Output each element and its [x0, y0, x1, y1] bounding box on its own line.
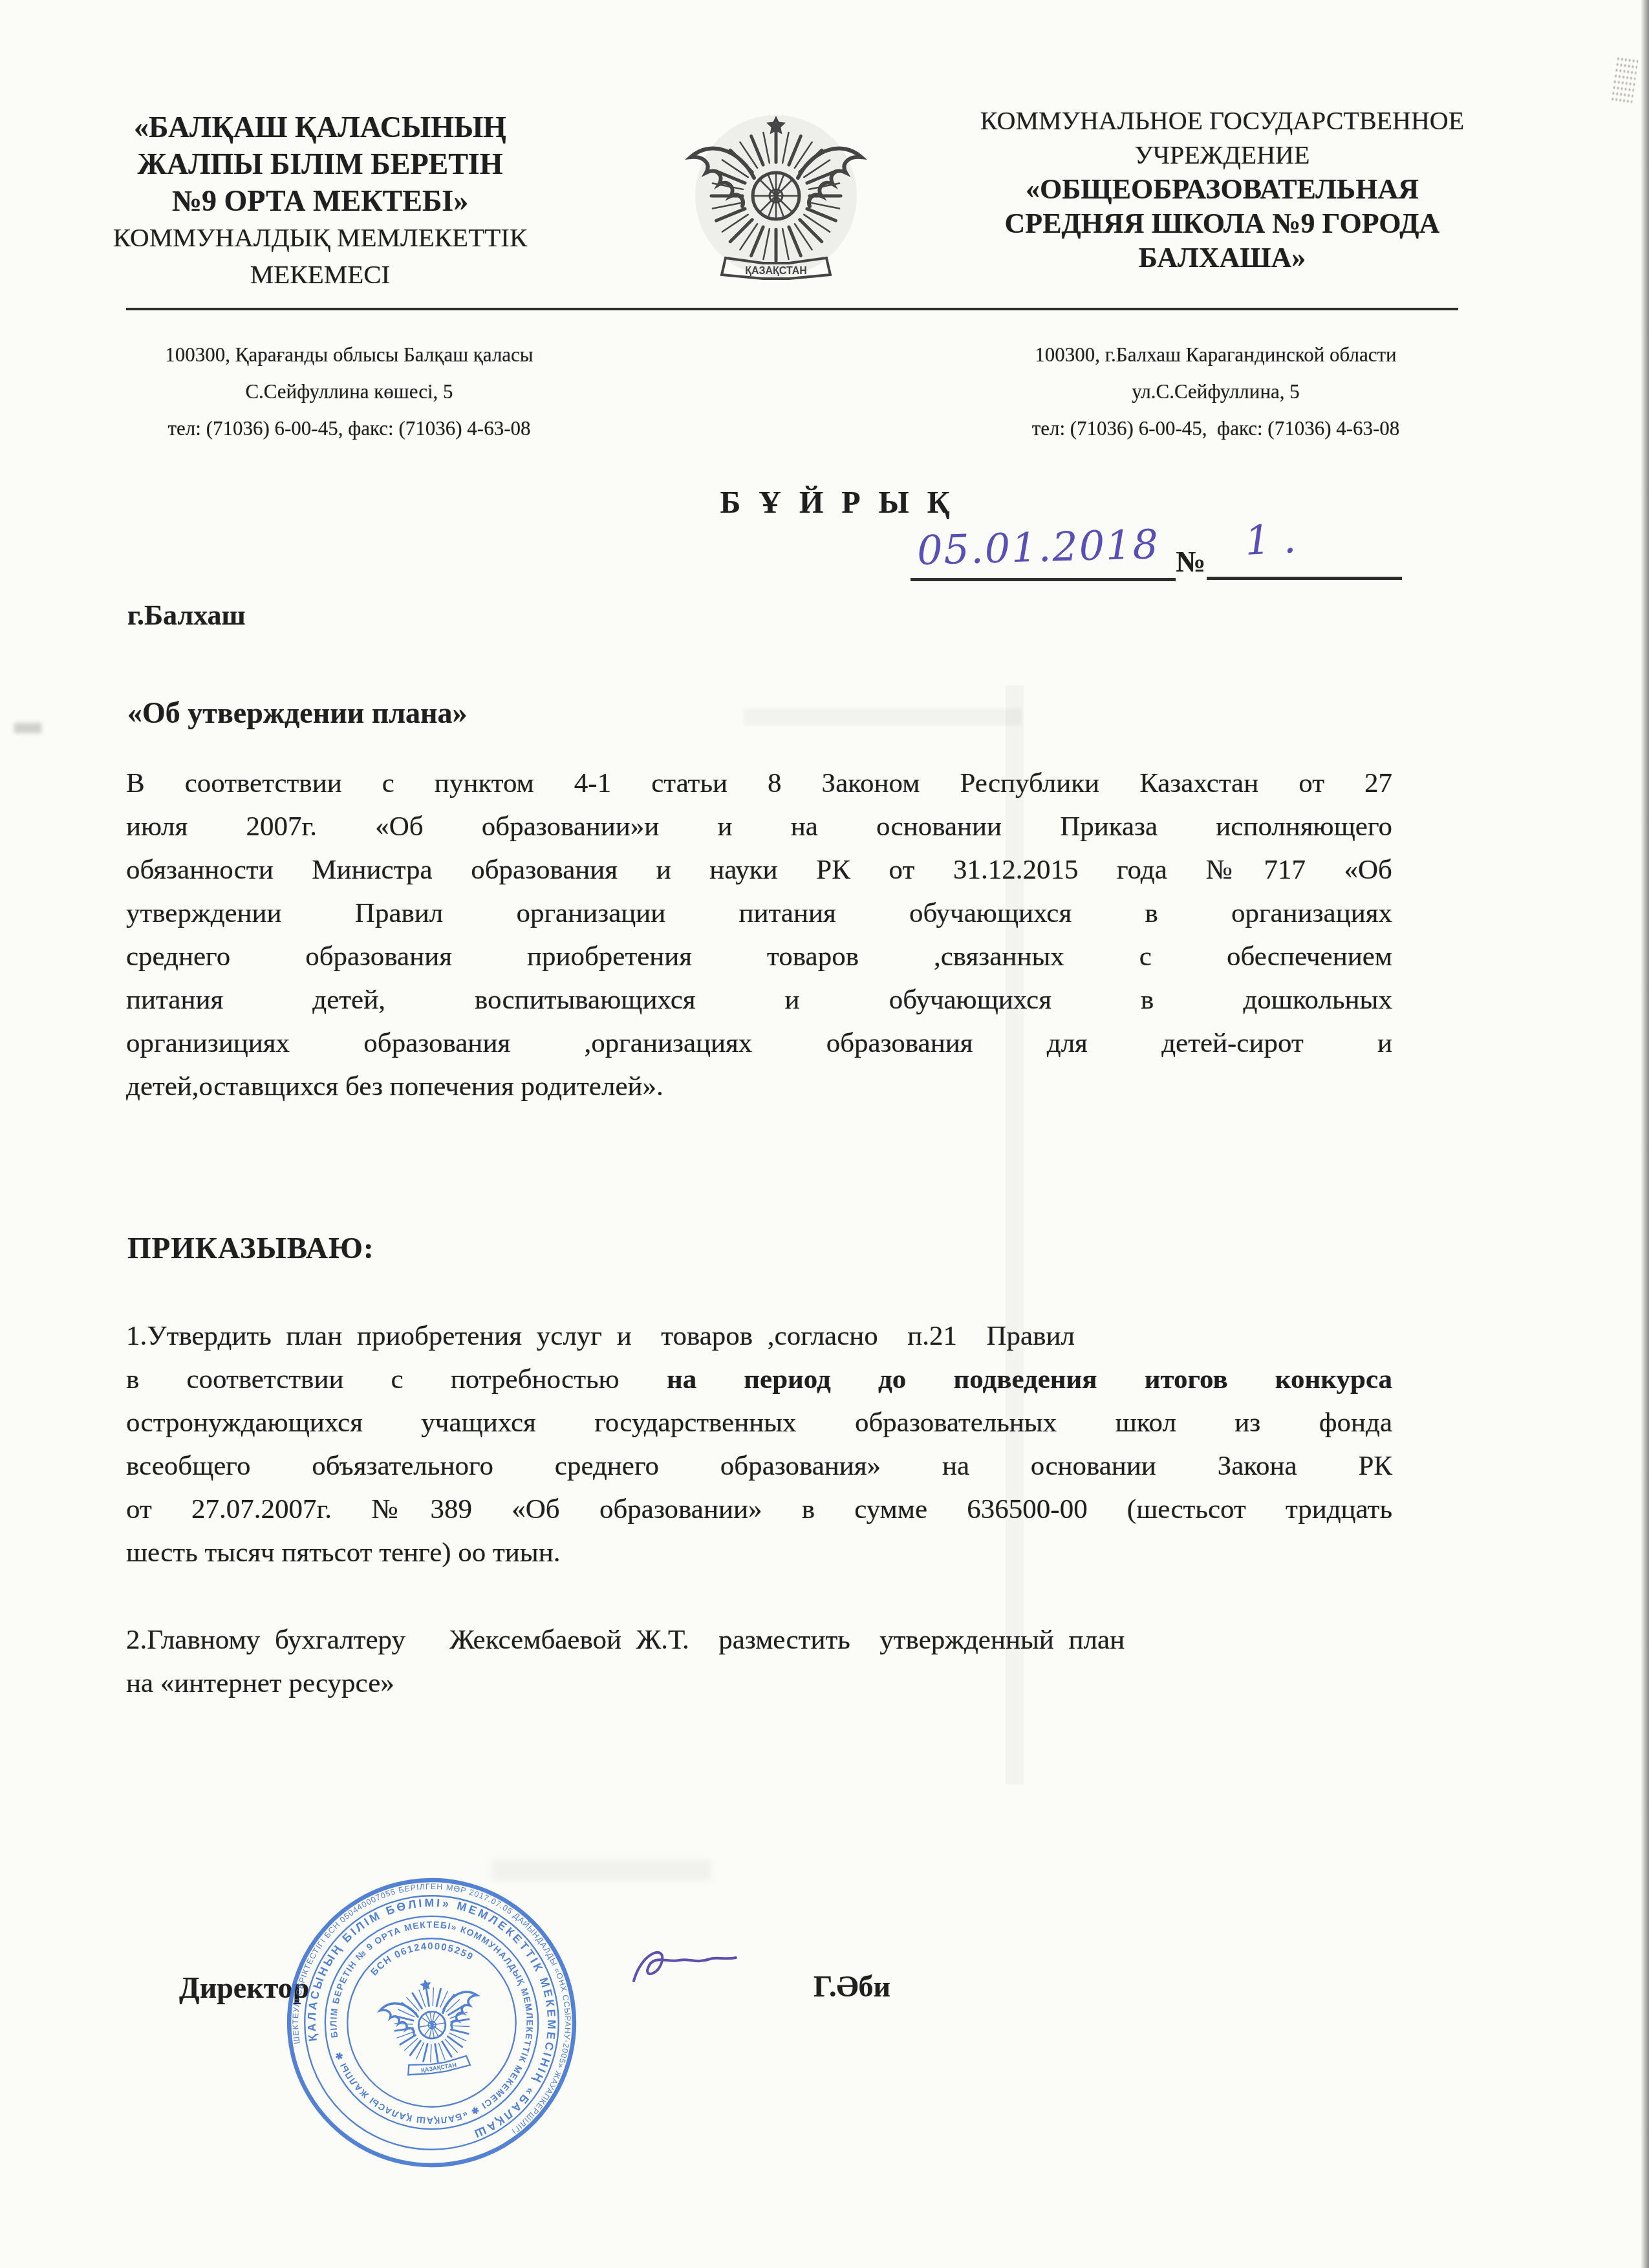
org-name-russian: КОММУНАЛЬНОЕ ГОСУДАРСТВЕННОЕ УЧРЕЖДЕНИЕ … [931, 103, 1513, 275]
org-name-russian-line: КОММУНАЛЬНОЕ ГОСУДАРСТВЕННОЕ [931, 103, 1513, 138]
item-2-line: 2.Главному бухгалтеру Жексембаевой Ж.Т. … [126, 1618, 1392, 1662]
preamble-line: В соответствии с пунктом 4-1 статьи 8 За… [126, 762, 1392, 805]
order-number-handwritten: 1 . [1244, 515, 1297, 564]
item-1-line: всеобщего объязательного среднего образо… [126, 1444, 1392, 1488]
order-title: Б Ұ Й Р Ы Қ [682, 485, 993, 520]
signature-autograph [627, 1941, 744, 2002]
preamble-paragraph: В соответствии с пунктом 4-1 статьи 8 За… [126, 762, 1392, 1108]
address-kazakh-line: тел: (71036) 6-00-45, факс: (71036) 4-63… [120, 410, 579, 447]
resolve-heading: ПРИКАЗЫВАЮ: [127, 1231, 374, 1266]
kazakhstan-coat-of-arms-emblem [676, 96, 876, 296]
item-1-line: остронуждающихся учащихся государственны… [126, 1401, 1392, 1444]
org-name-kazakh-line: «БАЛҚАШ ҚАЛАСЫНЫҢ [107, 109, 533, 145]
item-2-line: на «интернет ресурсе» [126, 1662, 1392, 1705]
preamble-line: июля 2007г. «Об образовании»и и на основ… [126, 805, 1392, 848]
item-1-line-normal: в соответствии с потребностью [126, 1364, 667, 1395]
stamp-center-emblem [376, 1972, 488, 2080]
org-name-kazakh-line: МЕКЕМЕСІ [107, 256, 533, 293]
scanned-order-document: «БАЛҚАШ ҚАЛАСЫНЫҢ ЖАЛПЫ БІЛІМ БЕРЕТІН №9… [0, 0, 1649, 2268]
official-stamp-graphic: ШЕКТЕУЛІ СЕРІКТЕСТІГІ БСН 050440007055 Б… [259, 1850, 603, 2194]
address-kazakh-line: С.Сейфуллина көшесі, 5 [120, 373, 579, 410]
org-name-russian-line: «ОБЩЕОБРАЗОВАТЕЛЬНАЯ [931, 172, 1513, 206]
official-stamp: ШЕКТЕУЛІ СЕРІКТЕСТІГІ БСН 050440007055 Б… [259, 1850, 603, 2194]
number-underline [1207, 577, 1402, 580]
org-name-russian-line: БАЛХАША» [931, 241, 1513, 275]
address-kazakh: 100300, Қарағанды облысы Балқаш қаласы С… [120, 336, 579, 447]
org-name-russian-line: УЧРЕЖДЕНИЕ [931, 138, 1513, 172]
org-name-kazakh: «БАЛҚАШ ҚАЛАСЫНЫҢ ЖАЛПЫ БІЛІМ БЕРЕТІН №9… [107, 109, 533, 293]
org-name-russian-line: СРЕДНЯЯ ШКОЛА №9 ГОРОДА [931, 206, 1513, 241]
address-russian-line: ул.С.Сейфуллина, 5 [960, 373, 1471, 410]
scan-artifact [1610, 56, 1638, 103]
org-name-kazakh-line: №9 ОРТА МЕКТЕБІ» [107, 182, 533, 219]
preamble-line: утверждении Правил организации питания о… [126, 892, 1392, 935]
item-1-line: в соответствии с потребностью на период … [126, 1358, 1392, 1401]
order-item-2: 2.Главному бухгалтеру Жексембаевой Ж.Т. … [126, 1618, 1392, 1705]
address-russian: 100300, г.Балхаш Карагандинской области … [960, 336, 1471, 447]
item-1-line-bold: на период до подведения итогов конкурса [667, 1364, 1392, 1395]
address-russian-line: 100300, г.Балхаш Карагандинской области [960, 336, 1471, 373]
header-divider-rule [126, 308, 1458, 310]
signature-name: Г.Әби [814, 1969, 890, 2004]
item-1-line: шесть тысяч пятьсот тенге) оо тиын. [126, 1531, 1392, 1574]
address-kazakh-line: 100300, Қарағанды облысы Балқаш қаласы [120, 336, 579, 373]
preamble-line: обязанности Министра образования и науки… [126, 848, 1392, 892]
scan-edge-shadow [1641, 0, 1649, 2268]
item-1-line: 1.Утвердить план приобретения услуг и то… [126, 1314, 1392, 1358]
preamble-line: организициях образования ,организациях о… [126, 1022, 1392, 1065]
date-underline [911, 578, 1176, 581]
preamble-line: среднего образования приобретения товаро… [126, 935, 1392, 978]
order-date-handwritten: 05.01.2018 [916, 520, 1160, 574]
org-name-kazakh-line: ЖАЛПЫ БІЛІМ БЕРЕТІН [107, 145, 533, 182]
order-item-1: 1.Утвердить план приобретения услуг и то… [126, 1314, 1392, 1574]
order-city: г.Балхаш [127, 599, 246, 632]
address-russian-line: тел: (71036) 6-00-45, факс: (71036) 4-63… [960, 410, 1471, 447]
order-subject: «Об утверждении плана» [127, 696, 468, 730]
scan-artifact [744, 709, 1022, 725]
item-1-line: от 27.07.2007г. №389 «Об образовании» в … [126, 1488, 1392, 1531]
scan-artifact [14, 723, 41, 733]
preamble-line: детей,оставщихся без попечения родителей… [126, 1065, 1392, 1108]
preamble-line: питания детей, воспитывающихся и обучающ… [126, 978, 1392, 1022]
order-number-sign: № [1176, 544, 1205, 579]
org-name-kazakh-line: КОММУНАЛДЫҚ МЕМЛЕКЕТТІК [107, 219, 533, 256]
